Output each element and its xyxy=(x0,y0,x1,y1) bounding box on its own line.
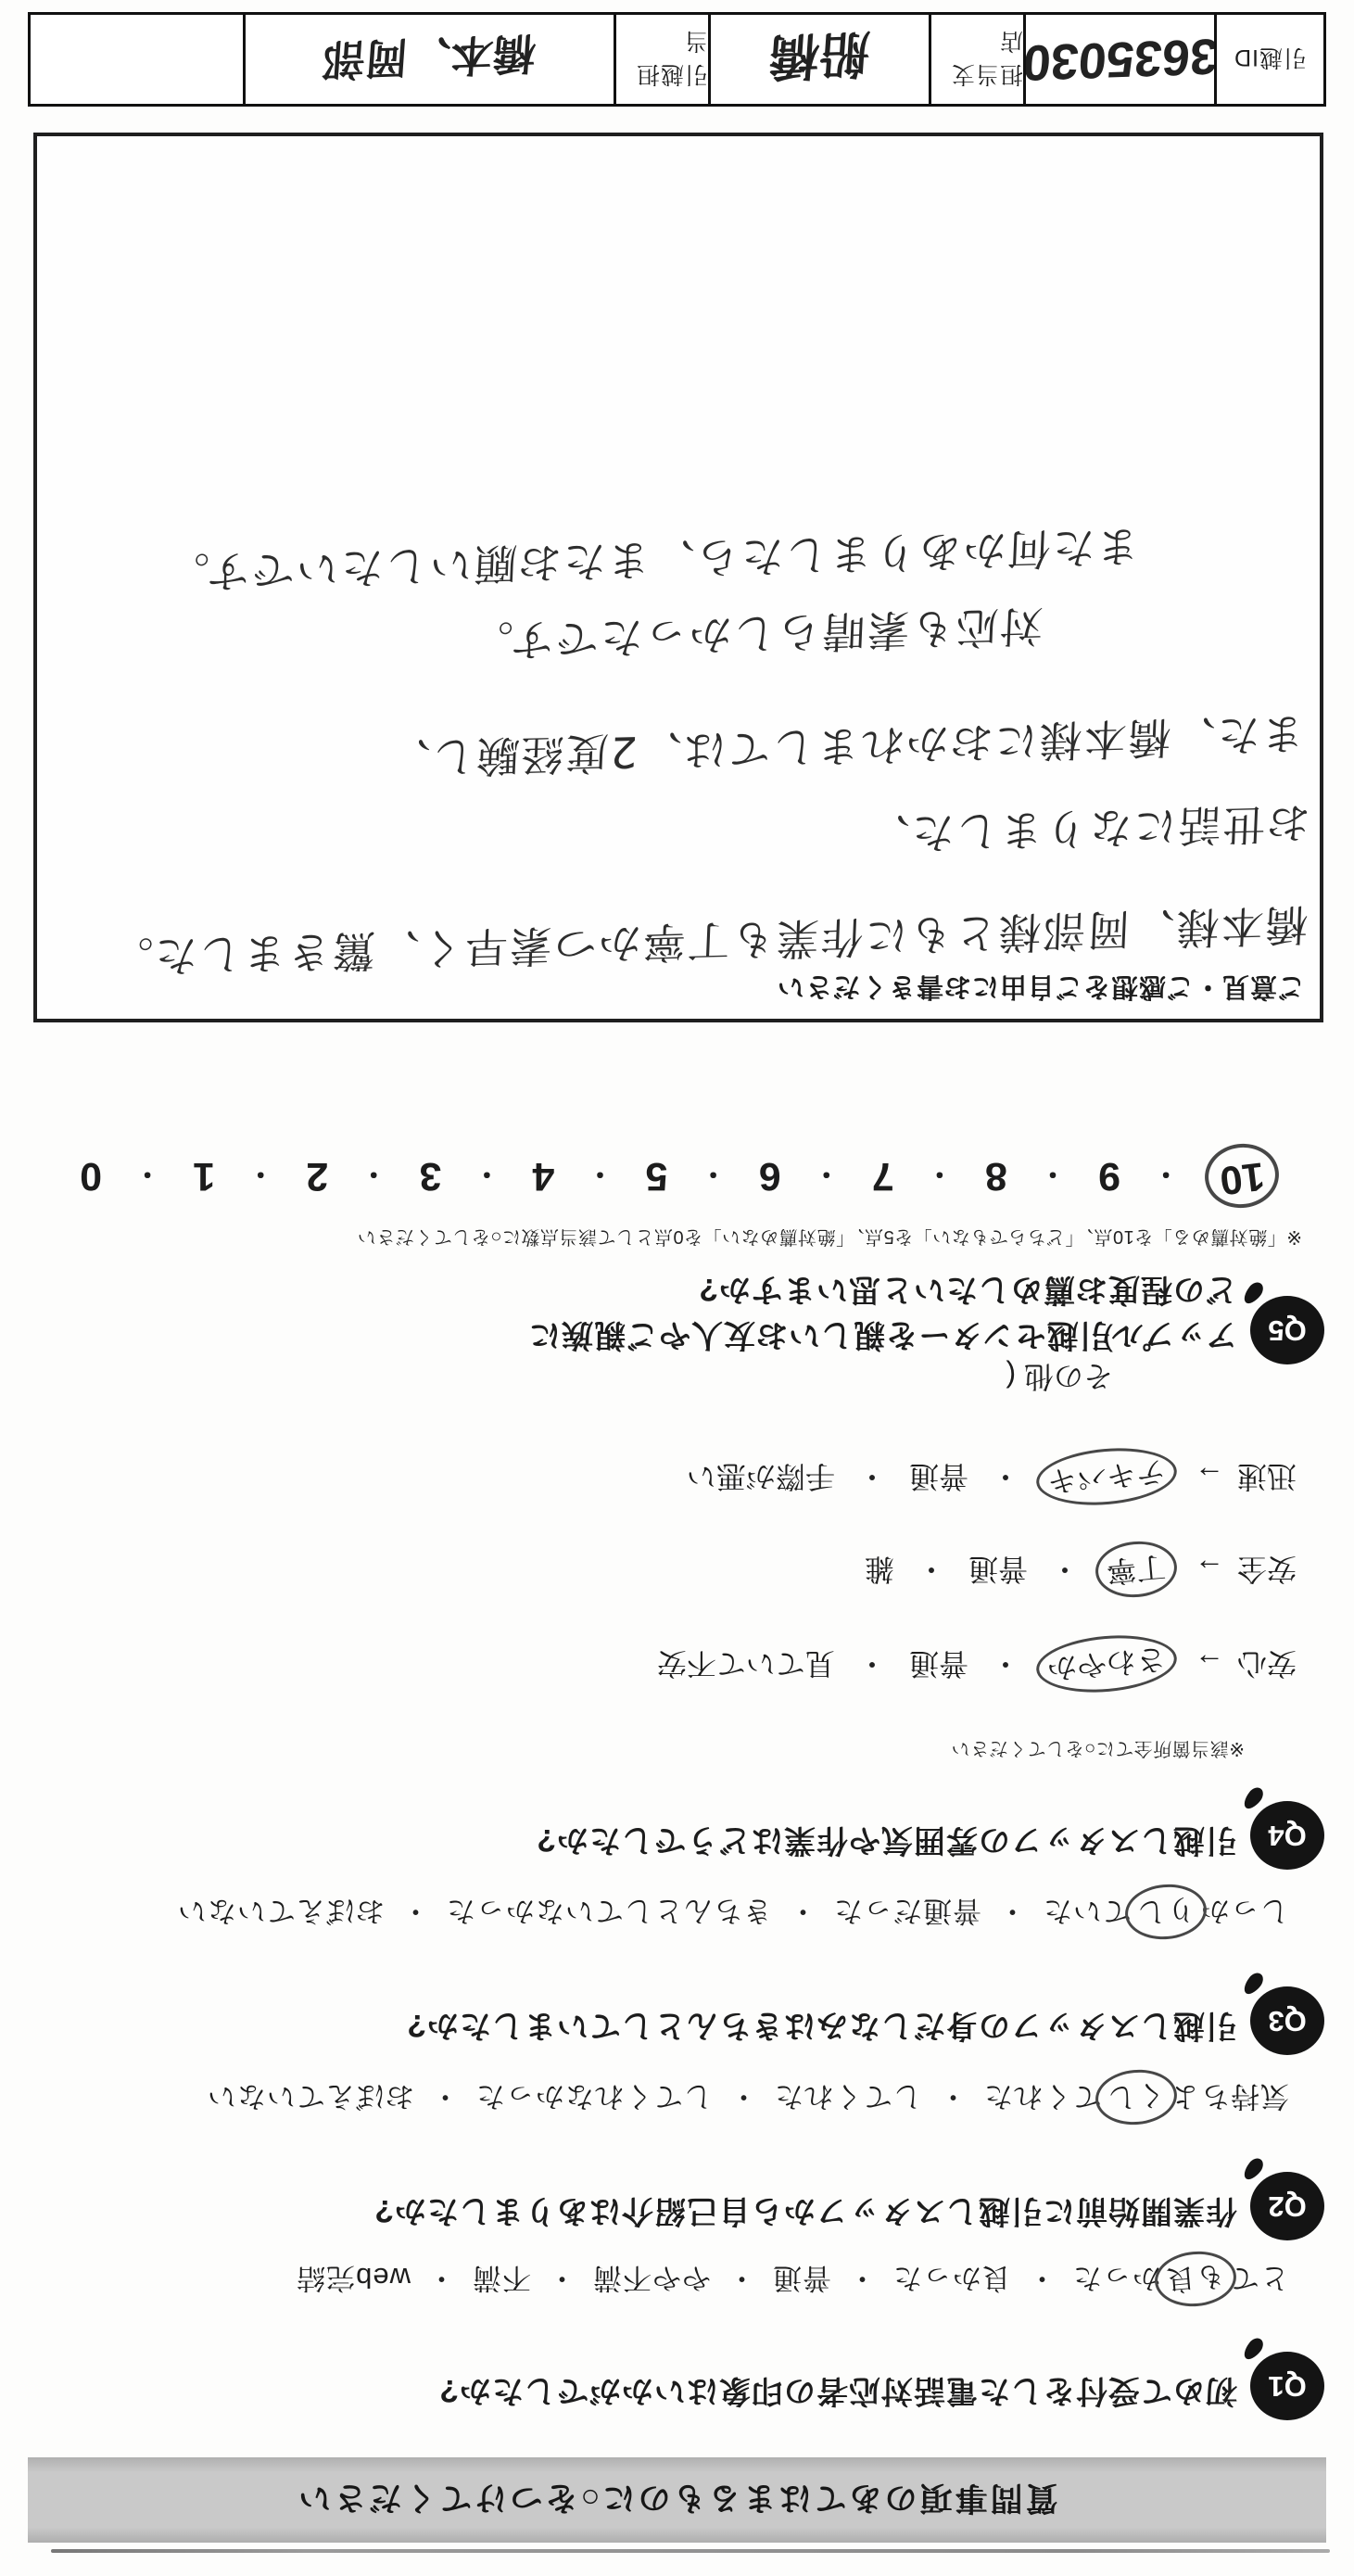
scan-edge-artifact xyxy=(51,2549,1330,2553)
option-text: ていた xyxy=(1043,1895,1132,1927)
option-text: おぼえていない xyxy=(207,2080,414,2113)
question-title: アップル引越センターを親しいお友人やご親族にどの程度お薦めしたいと思いますか? xyxy=(29,1265,1237,1357)
scale-value: 0 xyxy=(80,1153,102,1199)
option-separator: ・ xyxy=(430,2080,460,2113)
scale-value: 10 xyxy=(1211,1148,1272,1203)
nps-scale: 10・9・8・7・6・5・4・3・2・1・0 xyxy=(80,1148,1272,1203)
pen-circle: さわやか xyxy=(1034,1630,1180,1697)
question-title-row: Q4引越しスタッフの雰囲気や作業はどうでしたか? xyxy=(29,1788,1326,1862)
option-text: 普通 xyxy=(772,2262,831,2294)
option-separator: ・ xyxy=(847,2262,877,2294)
answer-option: 普通 xyxy=(772,2262,831,2294)
comment-box: ご意見・ご感想をご自由にお書きください 橋本様、岡部様ともに作業も丁寧かつ素早く… xyxy=(33,133,1323,1022)
option-text: 普通 xyxy=(909,1647,968,1681)
pen-circle: も良 xyxy=(1153,2248,1239,2309)
row-label: 安心 xyxy=(1237,1647,1297,1681)
table-label-text: 引越担当 xyxy=(616,26,708,93)
question-title-row: Q3引越しスタッフの身だしなみはきちんとしていましたか? xyxy=(29,1973,1326,2048)
option-text: 良かった xyxy=(892,2262,1011,2294)
table-value-1: 3635030 xyxy=(1023,15,1214,104)
pen-circle: 丁寧 xyxy=(1094,1538,1180,1600)
option-text: しっか xyxy=(1200,1895,1289,1927)
scale-value: 6 xyxy=(759,1153,781,1199)
other-label: その他 ( xyxy=(1006,1360,1113,1393)
question-badge-icon: Q2 xyxy=(1250,2172,1324,2240)
option-separator: ・ xyxy=(857,1647,887,1681)
option-text: てくれた xyxy=(983,2080,1102,2113)
option-text: 手際が悪い xyxy=(687,1460,835,1493)
answer-option: 良かった xyxy=(892,2262,1011,2294)
question-badge-icon: Q1 xyxy=(1250,2352,1324,2420)
answer-option: きちんとしていなかった xyxy=(446,1895,772,1927)
answer-option: 手際が悪い xyxy=(687,1460,835,1493)
arrow-icon: → xyxy=(1195,1460,1224,1493)
option-separator: ・ xyxy=(997,1895,1027,1927)
scale-separator: ・ xyxy=(926,1156,954,1197)
scale-separator: ・ xyxy=(1152,1156,1180,1197)
answer-option: さわやか xyxy=(1043,1647,1171,1681)
option-text: 普通だった xyxy=(833,1895,981,1927)
question-block-q4: Q4引越しスタッフの雰囲気や作業はどうでしたか?※該当箇所全てに○をしてください… xyxy=(29,1323,1326,1862)
arrow-icon: → xyxy=(1195,1553,1224,1586)
handwritten-value: 3635030 xyxy=(1023,27,1214,92)
option-text: きちんとしていなかった xyxy=(446,1895,772,1927)
answer-option: してくれた xyxy=(774,2080,922,2113)
answer-option: 雑 xyxy=(865,1553,894,1586)
table-label-text: 担当支店 xyxy=(931,26,1023,93)
handwritten-value: 橋本、岡部 xyxy=(321,25,538,94)
answer-option: 気持ちよくしてくれた xyxy=(983,2080,1289,2113)
question-block-q3: Q3引越しスタッフの身だしなみはきちんとしていましたか?しっかりしていた・普通だ… xyxy=(29,1889,1326,2048)
comment-box-title: ご意見・ご感想をご自由にお書きください xyxy=(777,970,1305,1008)
rating-row-2: 安全→丁寧・普通・雑 xyxy=(29,1546,1297,1593)
option-text: やや不満 xyxy=(592,2262,711,2294)
answer-option: web完結 xyxy=(296,2262,411,2294)
question-title-row: Q1初めて受付をした電話対応者の印象はいかがでしたか? xyxy=(29,2339,1326,2413)
question-note: ※「絶対薦める」を10点、「どちらでもない」を5点、「絶対薦めない」を0点として… xyxy=(29,1225,1302,1252)
question-title-line: アップル引越センターを親しいお友人やご親族に xyxy=(29,1312,1237,1357)
table-label-3: 引越担当 xyxy=(614,15,708,104)
scanned-survey-sheet: 質問事項のあてはまるものに○をつけてください Q1初めて受付をした電話対応者の印… xyxy=(0,0,1354,2576)
pen-circle: テキパキ xyxy=(1034,1442,1180,1510)
option-separator: ・ xyxy=(991,1460,1020,1493)
answer-option: 丁寧 xyxy=(1102,1553,1171,1586)
option-text: してくれた xyxy=(774,2080,922,2113)
scale-value: 1 xyxy=(193,1153,215,1199)
scale-separator: ・ xyxy=(473,1156,500,1197)
option-text: とて xyxy=(1230,2262,1289,2294)
option-text: 雑 xyxy=(865,1553,894,1586)
question-title: 初めて受付をした電話対応者の印象はいかがでしたか? xyxy=(29,2367,1237,2413)
option-separator: ・ xyxy=(727,2262,756,2294)
rating-row-3: 迅速→テキパキ・普通・手際が悪い xyxy=(29,1453,1297,1500)
option-separator: ・ xyxy=(917,1553,946,1586)
answer-option: おぼえていない xyxy=(207,2080,414,2113)
answer-option: してくれなかった xyxy=(475,2080,713,2113)
form-rotated-180: 質問事項のあてはまるものに○をつけてください Q1初めて受付をした電話対応者の印… xyxy=(0,0,1354,2576)
answer-option: 見ていて不安 xyxy=(657,1647,835,1681)
table-value-3: 橋本、岡部 xyxy=(243,15,614,104)
option-text: 普通 xyxy=(909,1460,968,1493)
option-separator: ・ xyxy=(547,2262,576,2294)
option-separator: ・ xyxy=(1027,2262,1057,2294)
answer-option: テキパキ xyxy=(1043,1460,1171,1493)
instructions-banner: 質問事項のあてはまるものに○をつけてください xyxy=(28,2457,1326,2543)
option-separator: ・ xyxy=(938,2080,968,2113)
question-title-row: Q2作業開始前に引越しスタッフから自己紹介はありましたか? xyxy=(29,2159,1326,2233)
question-badge-icon: Q5 xyxy=(1250,1296,1324,1364)
pen-circle: くし xyxy=(1094,2066,1180,2127)
table-label-2: 担当支店 xyxy=(929,15,1023,104)
option-text: 気持ちよ xyxy=(1171,2080,1289,2113)
scale-separator: ・ xyxy=(247,1156,274,1197)
question-note: ※該当箇所全てに○をしてください xyxy=(29,1737,1245,1764)
scale-value: 7 xyxy=(872,1153,894,1199)
handwritten-value: 船橋 xyxy=(767,21,872,96)
scale-value: 8 xyxy=(985,1153,1007,1199)
answer-option: 不満 xyxy=(472,2262,531,2294)
move-id-table: 引越ID3635030担当支店船橋引越担当橋本、岡部 xyxy=(28,12,1326,107)
question-badge-icon: Q4 xyxy=(1250,1801,1324,1870)
answer-option: しっかりしていた xyxy=(1043,1895,1289,1927)
option-text: 不満 xyxy=(472,2262,531,2294)
pen-circle: 10 xyxy=(1201,1140,1283,1212)
question-title-line: どの程度お薦めしたいと思いますか? xyxy=(29,1265,1237,1311)
question-title-row: Q5アップル引越センターを親しいお友人やご親族にどの程度お薦めしたいと思いますか… xyxy=(29,1265,1326,1357)
scale-value: 2 xyxy=(306,1153,328,1199)
question-title: 引越しスタッフの雰囲気や作業はどうでしたか? xyxy=(29,1817,1237,1862)
answer-option: おぼえていない xyxy=(177,1895,385,1927)
options-line: とても良かった・良かった・普通・やや不満・不満・web完結 xyxy=(29,2256,1289,2302)
table-value-2: 船橋 xyxy=(708,15,929,104)
question-title: 作業開始前に引越しスタッフから自己紹介はありましたか? xyxy=(29,2188,1237,2233)
scale-separator: ・ xyxy=(133,1156,161,1197)
scale-separator: ・ xyxy=(587,1156,614,1197)
answer-option: 普通 xyxy=(968,1553,1028,1586)
scale-value: 5 xyxy=(646,1153,668,1199)
options-line: 気持ちよくしてくれた・してくれた・してくれなかった・おぼえていない xyxy=(29,2075,1289,2120)
question-block-q1: Q1初めて受付をした電話対応者の印象はいかがでしたか?とても良かった・良かった・… xyxy=(29,2256,1326,2413)
options-line: しっかりしていた・普通だった・きちんとしていなかった・おぼえていない xyxy=(29,1889,1289,1935)
option-text: 見ていて不安 xyxy=(657,1647,835,1681)
answer-option: 普通 xyxy=(909,1460,968,1493)
answer-option: とても良かった xyxy=(1072,2262,1289,2294)
rating-row-1: 安心→さわやか・普通・見ていて不安 xyxy=(29,1641,1297,1687)
option-text: おぼえていない xyxy=(177,1895,385,1927)
option-separator: ・ xyxy=(728,2080,758,2113)
arrow-icon: → xyxy=(1195,1647,1224,1681)
scale-value: 9 xyxy=(1098,1153,1120,1199)
answer-option: 普通だった xyxy=(833,1895,981,1927)
question-block-q2: Q2作業開始前に引越しスタッフから自己紹介はありましたか?気持ちよくしてくれた・… xyxy=(29,2075,1326,2233)
option-separator: ・ xyxy=(426,2262,456,2294)
table-label-1: 引越ID xyxy=(1214,15,1323,104)
row-label: 安全 xyxy=(1237,1553,1297,1586)
option-separator: ・ xyxy=(1050,1553,1080,1586)
answer-option: やや不満 xyxy=(592,2262,711,2294)
handwriting-line-5: また何かありましたら、またお願いしたいです。 xyxy=(163,518,1141,606)
scale-separator: ・ xyxy=(1039,1156,1067,1197)
option-separator: ・ xyxy=(991,1647,1020,1681)
row-label: 迅速 xyxy=(1237,1460,1297,1493)
scale-separator: ・ xyxy=(813,1156,841,1197)
scale-value: 4 xyxy=(533,1153,555,1199)
question-badge-icon: Q3 xyxy=(1250,1986,1324,2055)
option-separator: ・ xyxy=(788,1895,817,1927)
option-text: かった xyxy=(1072,2262,1161,2294)
scale-separator: ・ xyxy=(360,1156,387,1197)
question-block-q5: Q5アップル引越センターを親しいお友人やご親族にどの程度お薦めしたいと思いますか… xyxy=(29,1148,1326,1357)
handwriting-line-2: お世話になりました、 xyxy=(864,794,1311,869)
option-text: してくれなかった xyxy=(475,2080,713,2113)
answer-option: 普通 xyxy=(909,1647,968,1681)
handwriting-line-3: また、橋本様におかれましては、2度経験し、 xyxy=(385,705,1306,793)
pen-circle: りし xyxy=(1123,1881,1209,1942)
option-separator: ・ xyxy=(400,1895,430,1927)
scale-separator: ・ xyxy=(700,1156,728,1197)
table-label-text: 引越ID xyxy=(1234,43,1307,76)
option-text: web完結 xyxy=(296,2262,411,2294)
scale-value: 3 xyxy=(419,1153,441,1199)
handwriting-line-4: 対応も素晴らしかったです。 xyxy=(467,598,1044,675)
option-text: 普通 xyxy=(968,1553,1028,1586)
table-empty-cell xyxy=(31,15,243,104)
option-separator: ・ xyxy=(857,1460,887,1493)
question-title: 引越しスタッフの身だしなみはきちんとしていましたか? xyxy=(29,2002,1237,2048)
